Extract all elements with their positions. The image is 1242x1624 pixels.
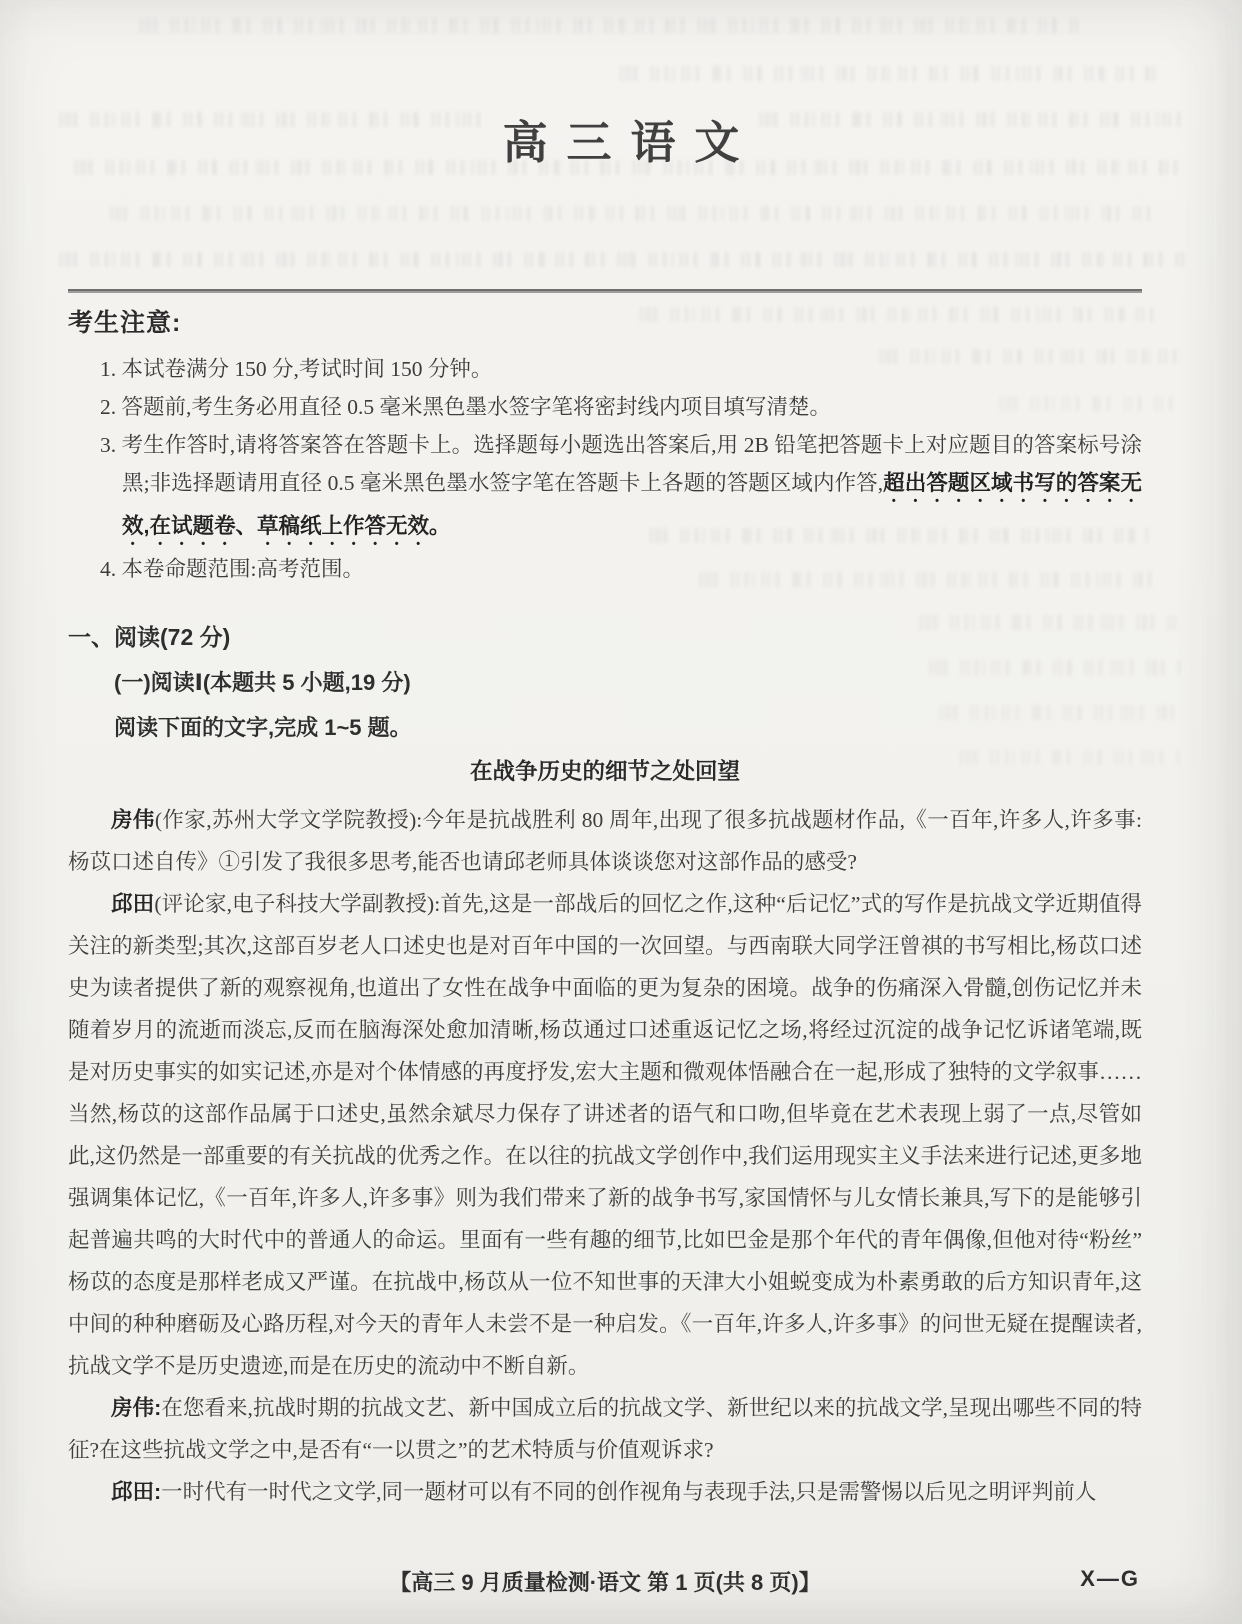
- bleedthrough-artifact: [110, 206, 1150, 221]
- passage-instruction: 阅读下面的文字,完成 1~5 题。: [68, 713, 1142, 743]
- footer-label: 【高三 9 月质量检测·语文 第 1 页(共 8 页)】: [68, 1566, 1142, 1597]
- notice-heading: 考生注意:: [68, 303, 1142, 339]
- footer-paper-code: X—G: [1080, 1566, 1140, 1592]
- speaker-label: 邱田: [111, 892, 154, 916]
- notice-item: 1. 本试卷满分 150 分,考试时间 150 分钟。: [68, 350, 1142, 388]
- speaker-label: 邱田:: [111, 1480, 161, 1504]
- header-rule-divider: [68, 289, 1142, 293]
- bleedthrough-artifact: [60, 252, 1185, 267]
- bleedthrough-artifact: [140, 18, 1080, 33]
- notice-item: 4. 本卷命题范围:高考范围。: [68, 550, 1142, 588]
- speaker-label: 房伟:: [111, 1396, 161, 1420]
- notice-item-text: 2. 答题前,考生务必用直径 0.5 毫米黑色墨水签字笔将密封线内项目填写清楚。: [100, 395, 831, 419]
- page-footer: 【高三 9 月质量检测·语文 第 1 页(共 8 页)】 X—G: [68, 1566, 1142, 1598]
- speaker-label: 房伟: [111, 808, 155, 832]
- passage-paragraph: 房伟:在您看来,抗战时期的抗战文艺、新中国成立后的抗战文学、新世纪以来的抗战文学…: [68, 1387, 1142, 1471]
- paragraph-text: 一时代有一时代之文学,同一题材可以有不同的创作视角与表现手法,只是需警惕以后见之…: [161, 1480, 1096, 1504]
- subsection-heading: (一)阅读Ⅰ(本题共 5 小题,19 分): [68, 668, 1142, 698]
- bleedthrough-artifact: [620, 66, 1160, 81]
- page-title: 高三语文: [0, 106, 1242, 171]
- notice-item: 3. 考生作答时,请将答案答在答题卡上。选择题每小题选出答案后,用 2B 铅笔把…: [68, 426, 1142, 550]
- passage-paragraph: 邱田(评论家,电子科技大学副教授):首先,这是一部战后的回忆之作,这种“后记忆”…: [68, 883, 1142, 1387]
- paragraph-text: 在您看来,抗战时期的抗战文艺、新中国成立后的抗战文学、新世纪以来的抗战文学,呈现…: [68, 1396, 1142, 1462]
- passage-paragraph: 邱田:一时代有一时代之文学,同一题材可以有不同的创作视角与表现手法,只是需警惕以…: [68, 1471, 1142, 1513]
- notice-item-text: 4. 本卷命题范围:高考范围。: [100, 557, 364, 581]
- section-heading: 一、阅读(72 分): [68, 622, 1142, 652]
- notice-list: 1. 本试卷满分 150 分,考试时间 150 分钟。 2. 答题前,考生务必用…: [68, 350, 1142, 588]
- notice-item: 2. 答题前,考生务必用直径 0.5 毫米黑色墨水签字笔将密封线内项目填写清楚。: [68, 388, 1142, 426]
- notice-item-text: 1. 本试卷满分 150 分,考试时间 150 分钟。: [100, 357, 492, 381]
- paragraph-text: (作家,苏州大学文学院教授):今年是抗战胜利 80 周年,出现了很多抗战题材作品…: [68, 808, 1142, 874]
- paragraph-text: (评论家,电子科技大学副教授):首先,这是一部战后的回忆之作,这种“后记忆”式的…: [68, 892, 1142, 1378]
- passage-title: 在战争历史的细节之处回望: [68, 757, 1142, 787]
- reading-section: 一、阅读(72 分) (一)阅读Ⅰ(本题共 5 小题,19 分) 阅读下面的文字…: [68, 622, 1142, 1513]
- passage-paragraph: 房伟(作家,苏州大学文学院教授):今年是抗战胜利 80 周年,出现了很多抗战题材…: [68, 799, 1142, 883]
- notice-section: 考生注意: 1. 本试卷满分 150 分,考试时间 150 分钟。 2. 答题前…: [68, 303, 1142, 588]
- scanned-exam-page: 高三语文 考生注意: 1. 本试卷满分 150 分,考试时间 150 分钟。 2…: [0, 0, 1242, 1624]
